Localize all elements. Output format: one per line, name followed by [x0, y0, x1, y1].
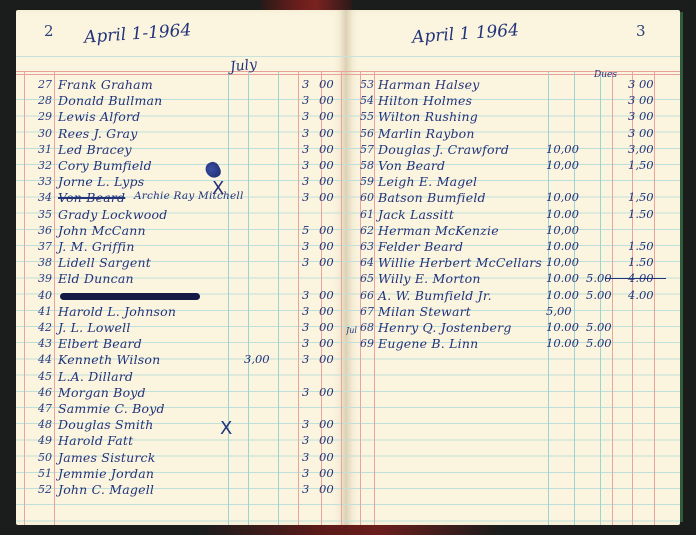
table-row: 30Rees J. Gray300: [16, 125, 346, 141]
row-number: 36: [38, 224, 52, 237]
dues-cents: 00: [319, 336, 334, 350]
paid-amount: 5,00: [546, 304, 572, 318]
dues-cents: 00: [319, 433, 334, 447]
row-number: 45: [38, 370, 52, 383]
table-row: 36John McCann500: [16, 222, 346, 238]
second-amount: 5.00: [586, 336, 612, 350]
row-number: 53: [360, 78, 374, 91]
row-number: 62: [360, 224, 374, 237]
table-row: 28Donald Bullman300: [16, 92, 346, 108]
member-name: James Sisturck: [58, 450, 156, 465]
redacted-name: [60, 293, 200, 300]
row-number: 49: [38, 434, 52, 447]
column-note-july: July: [229, 57, 258, 76]
dues-cents: 00: [319, 288, 334, 302]
member-name: Felder Beard: [378, 239, 463, 254]
member-name: J. L. Lowell: [58, 320, 131, 335]
member-name: Batson Bumfield: [378, 190, 486, 205]
dues-dollars: 3: [302, 190, 309, 204]
member-name: Marlin Raybon: [378, 126, 475, 141]
dues-dollars: 3: [302, 433, 309, 447]
dues-cents: 00: [319, 93, 334, 107]
subtotal-underline: [606, 278, 666, 279]
top-red-rule-2: [16, 74, 346, 75]
row-number: 27: [38, 78, 52, 91]
table-row: 38Lidell Sargent300: [16, 254, 346, 270]
table-row: 47Sammie C. Boyd: [16, 400, 346, 416]
table-row: 31Led Bracey300: [16, 141, 346, 157]
table-row: 59Leigh E. Magel: [346, 173, 680, 189]
table-row: 33Jorne L. Lyps300: [16, 173, 346, 189]
paid-amount: 10.00: [546, 239, 579, 253]
page-number: 3: [636, 22, 646, 40]
row-number: 59: [360, 175, 374, 188]
row-number: 35: [38, 208, 52, 221]
paid-amount: 10,00: [546, 223, 579, 237]
dues-dollars: 3: [302, 417, 309, 431]
member-name: Cory Bumfield: [58, 158, 152, 173]
paid-amount: 10.00: [546, 207, 579, 221]
dues-dollars: 3: [302, 126, 309, 140]
table-row: 44Kenneth Wilson3,00300: [16, 351, 346, 367]
member-name: Rees J. Gray: [58, 126, 137, 141]
table-row: 37J. M. Griffin300: [16, 238, 346, 254]
paid-amount: 10,00: [546, 190, 579, 204]
row-number: 57: [360, 143, 374, 156]
row-number: 66: [360, 289, 374, 302]
table-row: 42J. L. Lowell300: [16, 319, 346, 335]
dues-dollars: 3: [302, 158, 309, 172]
member-name: A. W. Bumfield Jr.: [378, 288, 492, 303]
dues-dollars: 3: [302, 482, 309, 496]
dues-dollars: 3: [302, 304, 309, 318]
table-row: 50James Sisturck300: [16, 449, 346, 465]
row-number: 41: [38, 305, 52, 318]
dues-cents: 00: [319, 142, 334, 156]
table-row: 49Harold Fatt300: [16, 432, 346, 448]
dues-cents: 00: [319, 450, 334, 464]
dues-cents: 00: [319, 466, 334, 480]
dues-amount: 3 00: [628, 109, 654, 123]
page-date: April 1 1964: [411, 20, 519, 47]
table-row: 46Morgan Boyd300: [16, 384, 346, 400]
row-number: 68: [360, 321, 374, 334]
member-name: Frank Graham: [58, 77, 153, 92]
dues-cents: 00: [319, 77, 334, 91]
table-row: 52John C. Magell300: [16, 481, 346, 497]
row-number: 29: [38, 110, 52, 123]
member-name: Harman Halsey: [378, 77, 479, 92]
member-name: Herman McKenzie: [378, 223, 499, 238]
member-name: Douglas J. Crawford: [378, 142, 509, 157]
table-row: 29Lewis Alford300: [16, 108, 346, 124]
row-number: 69: [360, 337, 374, 350]
row-number: 58: [360, 159, 374, 172]
row-number: 65: [360, 272, 374, 285]
table-row: 54Hilton Holmes3 00: [346, 92, 680, 108]
paid-amount: 3,00: [244, 352, 270, 366]
table-row: 57Douglas J. Crawford10,003,00: [346, 141, 680, 157]
paid-amount: 10.00: [546, 271, 579, 285]
row-number: 46: [38, 386, 52, 399]
row-number: 48: [38, 418, 52, 431]
table-row: 62Herman McKenzie10,00: [346, 222, 680, 238]
dues-amount: 1.50: [628, 239, 654, 253]
table-row: 53Harman Halsey3 00: [346, 76, 680, 92]
dues-cents: 00: [319, 223, 334, 237]
row-number: 55: [360, 110, 374, 123]
table-row: 66A. W. Bumfield Jr.10.005.004.00: [346, 287, 680, 303]
dues-cents: 00: [319, 190, 334, 204]
row-number: 37: [38, 240, 52, 253]
member-name: John C. Magell: [58, 482, 154, 497]
member-name: Eugene B. Linn: [378, 336, 478, 351]
row-number: 44: [38, 353, 52, 366]
dues-amount: 3 00: [628, 93, 654, 107]
dues-cents: 00: [319, 255, 334, 269]
dues-dollars: 3: [302, 109, 309, 123]
row-number: 50: [38, 451, 52, 464]
page-number: 2: [44, 22, 54, 40]
header-rule: [346, 56, 680, 57]
member-name: J. M. Griffin: [58, 239, 135, 254]
member-name: Jorne L. Lyps: [58, 174, 144, 189]
row-number: 47: [38, 402, 52, 415]
dues-cents: 00: [319, 126, 334, 140]
x-mark: X: [220, 418, 232, 439]
dues-cents: 00: [319, 385, 334, 399]
row-number: 54: [360, 94, 374, 107]
top-red-rule: [16, 71, 346, 72]
paid-amount: 10.00: [546, 336, 579, 350]
dues-dollars: 3: [302, 336, 309, 350]
row-number: 51: [38, 467, 52, 480]
member-name: Jemmie Jordan: [58, 466, 154, 481]
dues-amount: 1,50: [628, 190, 654, 204]
dues-dollars: 3: [302, 93, 309, 107]
row-number: 42: [38, 321, 52, 334]
dues-cents: 00: [319, 158, 334, 172]
member-name: Donald Bullman: [58, 93, 162, 108]
table-row: 27Frank Graham300: [16, 76, 346, 92]
dues-cents: 00: [319, 482, 334, 496]
member-name: L.A. Dillard: [58, 369, 133, 384]
member-name: Morgan Boyd: [58, 385, 146, 400]
table-row: 67Milan Stewart5,00: [346, 303, 680, 319]
row-number: 61: [360, 208, 374, 221]
table-row: 39Eld Duncan: [16, 270, 346, 286]
member-name: Lewis Alford: [58, 109, 140, 124]
dues-dollars: 5: [302, 223, 309, 237]
member-name: Leigh E. Magel: [378, 174, 477, 189]
dues-dollars: 3: [302, 320, 309, 334]
table-row: 56Marlin Raybon3 00: [346, 125, 680, 141]
table-row: 34Von BeardArchie Ray Mitchell300: [16, 189, 346, 205]
member-name: Von Beard: [378, 158, 445, 173]
dues-amount: 3 00: [628, 126, 654, 140]
book-cover-edge: [680, 12, 683, 522]
dues-dollars: 3: [302, 385, 309, 399]
table-row: 55Wilton Rushing3 00: [346, 108, 680, 124]
row-number: 64: [360, 256, 374, 269]
member-name: Jack Lassitt: [378, 207, 454, 222]
row-number: 34: [38, 191, 52, 204]
table-row: 41Harold L. Johnson300: [16, 303, 346, 319]
dues-dollars: 3: [302, 142, 309, 156]
ledger-page-left: 2 April 1-1964 July 27Frank Graham30028D…: [16, 10, 346, 525]
dues-dollars: 3: [302, 466, 309, 480]
row-number: 38: [38, 256, 52, 269]
dues-cents: 00: [319, 320, 334, 334]
paid-amount: 10,00: [546, 142, 579, 156]
member-name: Willy E. Morton: [378, 271, 481, 286]
row-number: 32: [38, 159, 52, 172]
dues-dollars: 3: [302, 239, 309, 253]
member-name: Von Beard: [58, 190, 125, 205]
second-amount: 5.00: [586, 320, 612, 334]
member-name: Grady Lockwood: [58, 207, 167, 222]
row-number: 67: [360, 305, 374, 318]
dues-cents: 00: [319, 174, 334, 188]
table-row: 32Cory Bumfield300: [16, 157, 346, 173]
paid-amount: 10.00: [546, 320, 579, 334]
dues-dollars: 3: [302, 288, 309, 302]
row-number: 39: [38, 272, 52, 285]
table-row: 40300: [16, 287, 346, 303]
member-name: Led Bracey: [58, 142, 132, 157]
table-row: 63Felder Beard10.001.50: [346, 238, 680, 254]
member-name: Elbert Beard: [58, 336, 142, 351]
table-row: 58Von Beard10,001,50: [346, 157, 680, 173]
member-name: Hilton Holmes: [378, 93, 472, 108]
book-spine-bottom: [200, 525, 500, 535]
dues-dollars: 3: [302, 352, 309, 366]
table-row: 45L.A. Dillard: [16, 368, 346, 384]
row-number: 40: [38, 289, 52, 302]
member-name: Eld Duncan: [58, 271, 134, 286]
table-row: 48Douglas Smith300: [16, 416, 346, 432]
dues-amount: 4.00: [628, 288, 654, 302]
dues-cents: 00: [319, 109, 334, 123]
dues-dollars: 3: [302, 174, 309, 188]
table-row: 43Elbert Beard300: [16, 335, 346, 351]
replacement-name: Archie Ray Mitchell: [134, 190, 244, 202]
second-amount: 5.00: [586, 288, 612, 302]
header-rule: [16, 56, 346, 57]
dues-cents: 00: [319, 352, 334, 366]
table-row: 68Henry Q. Jostenberg10.005.00: [346, 319, 680, 335]
row-number: 43: [38, 337, 52, 350]
ledger-page-right: April 1 1964 3 Dues Jul 53Harman Halsey3…: [346, 10, 680, 525]
table-row: 61Jack Lassitt10.001.50: [346, 206, 680, 222]
member-name: Willie Herbert McCellars: [378, 255, 542, 270]
row-number: 28: [38, 94, 52, 107]
dues-cents: 00: [319, 417, 334, 431]
dues-amount: 3 00: [628, 77, 654, 91]
table-row: 69Eugene B. Linn10.005.00: [346, 335, 680, 351]
dues-cents: 00: [319, 304, 334, 318]
top-red-rule-2: [346, 74, 680, 75]
table-row: 64Willie Herbert McCellars10,001.50: [346, 254, 680, 270]
row-number: 52: [38, 483, 52, 496]
x-mark: X: [212, 178, 224, 199]
member-name: John McCann: [58, 223, 146, 238]
row-number: 30: [38, 127, 52, 140]
top-red-rule: [346, 71, 680, 72]
table-row: 60Batson Bumfield10,001,50: [346, 189, 680, 205]
dues-dollars: 3: [302, 77, 309, 91]
member-name: Kenneth Wilson: [58, 352, 160, 367]
dues-dollars: 3: [302, 450, 309, 464]
table-row: 35Grady Lockwood: [16, 206, 346, 222]
member-name: Henry Q. Jostenberg: [378, 320, 512, 335]
row-number: 60: [360, 191, 374, 204]
dues-amount: 1.50: [628, 255, 654, 269]
paid-amount: 10.00: [546, 288, 579, 302]
dues-amount: 1,50: [628, 158, 654, 172]
member-name: Milan Stewart: [378, 304, 471, 319]
dues-amount: 1.50: [628, 207, 654, 221]
member-name: Sammie C. Boyd: [58, 401, 165, 416]
row-number: 56: [360, 127, 374, 140]
paid-amount: 10,00: [546, 158, 579, 172]
row-number: 33: [38, 175, 52, 188]
member-name: Harold Fatt: [58, 433, 133, 448]
member-name: Douglas Smith: [58, 417, 154, 432]
member-name: Lidell Sargent: [58, 255, 151, 270]
paid-amount: 10,00: [546, 255, 579, 269]
dues-dollars: 3: [302, 255, 309, 269]
table-row: 51Jemmie Jordan300: [16, 465, 346, 481]
dues-amount: 3,00: [628, 142, 654, 156]
row-number: 31: [38, 143, 52, 156]
member-name: Wilton Rushing: [378, 109, 478, 124]
page-date: April 1-1964: [83, 20, 192, 47]
dues-cents: 00: [319, 239, 334, 253]
row-number: 63: [360, 240, 374, 253]
member-name: Harold L. Johnson: [58, 304, 176, 319]
